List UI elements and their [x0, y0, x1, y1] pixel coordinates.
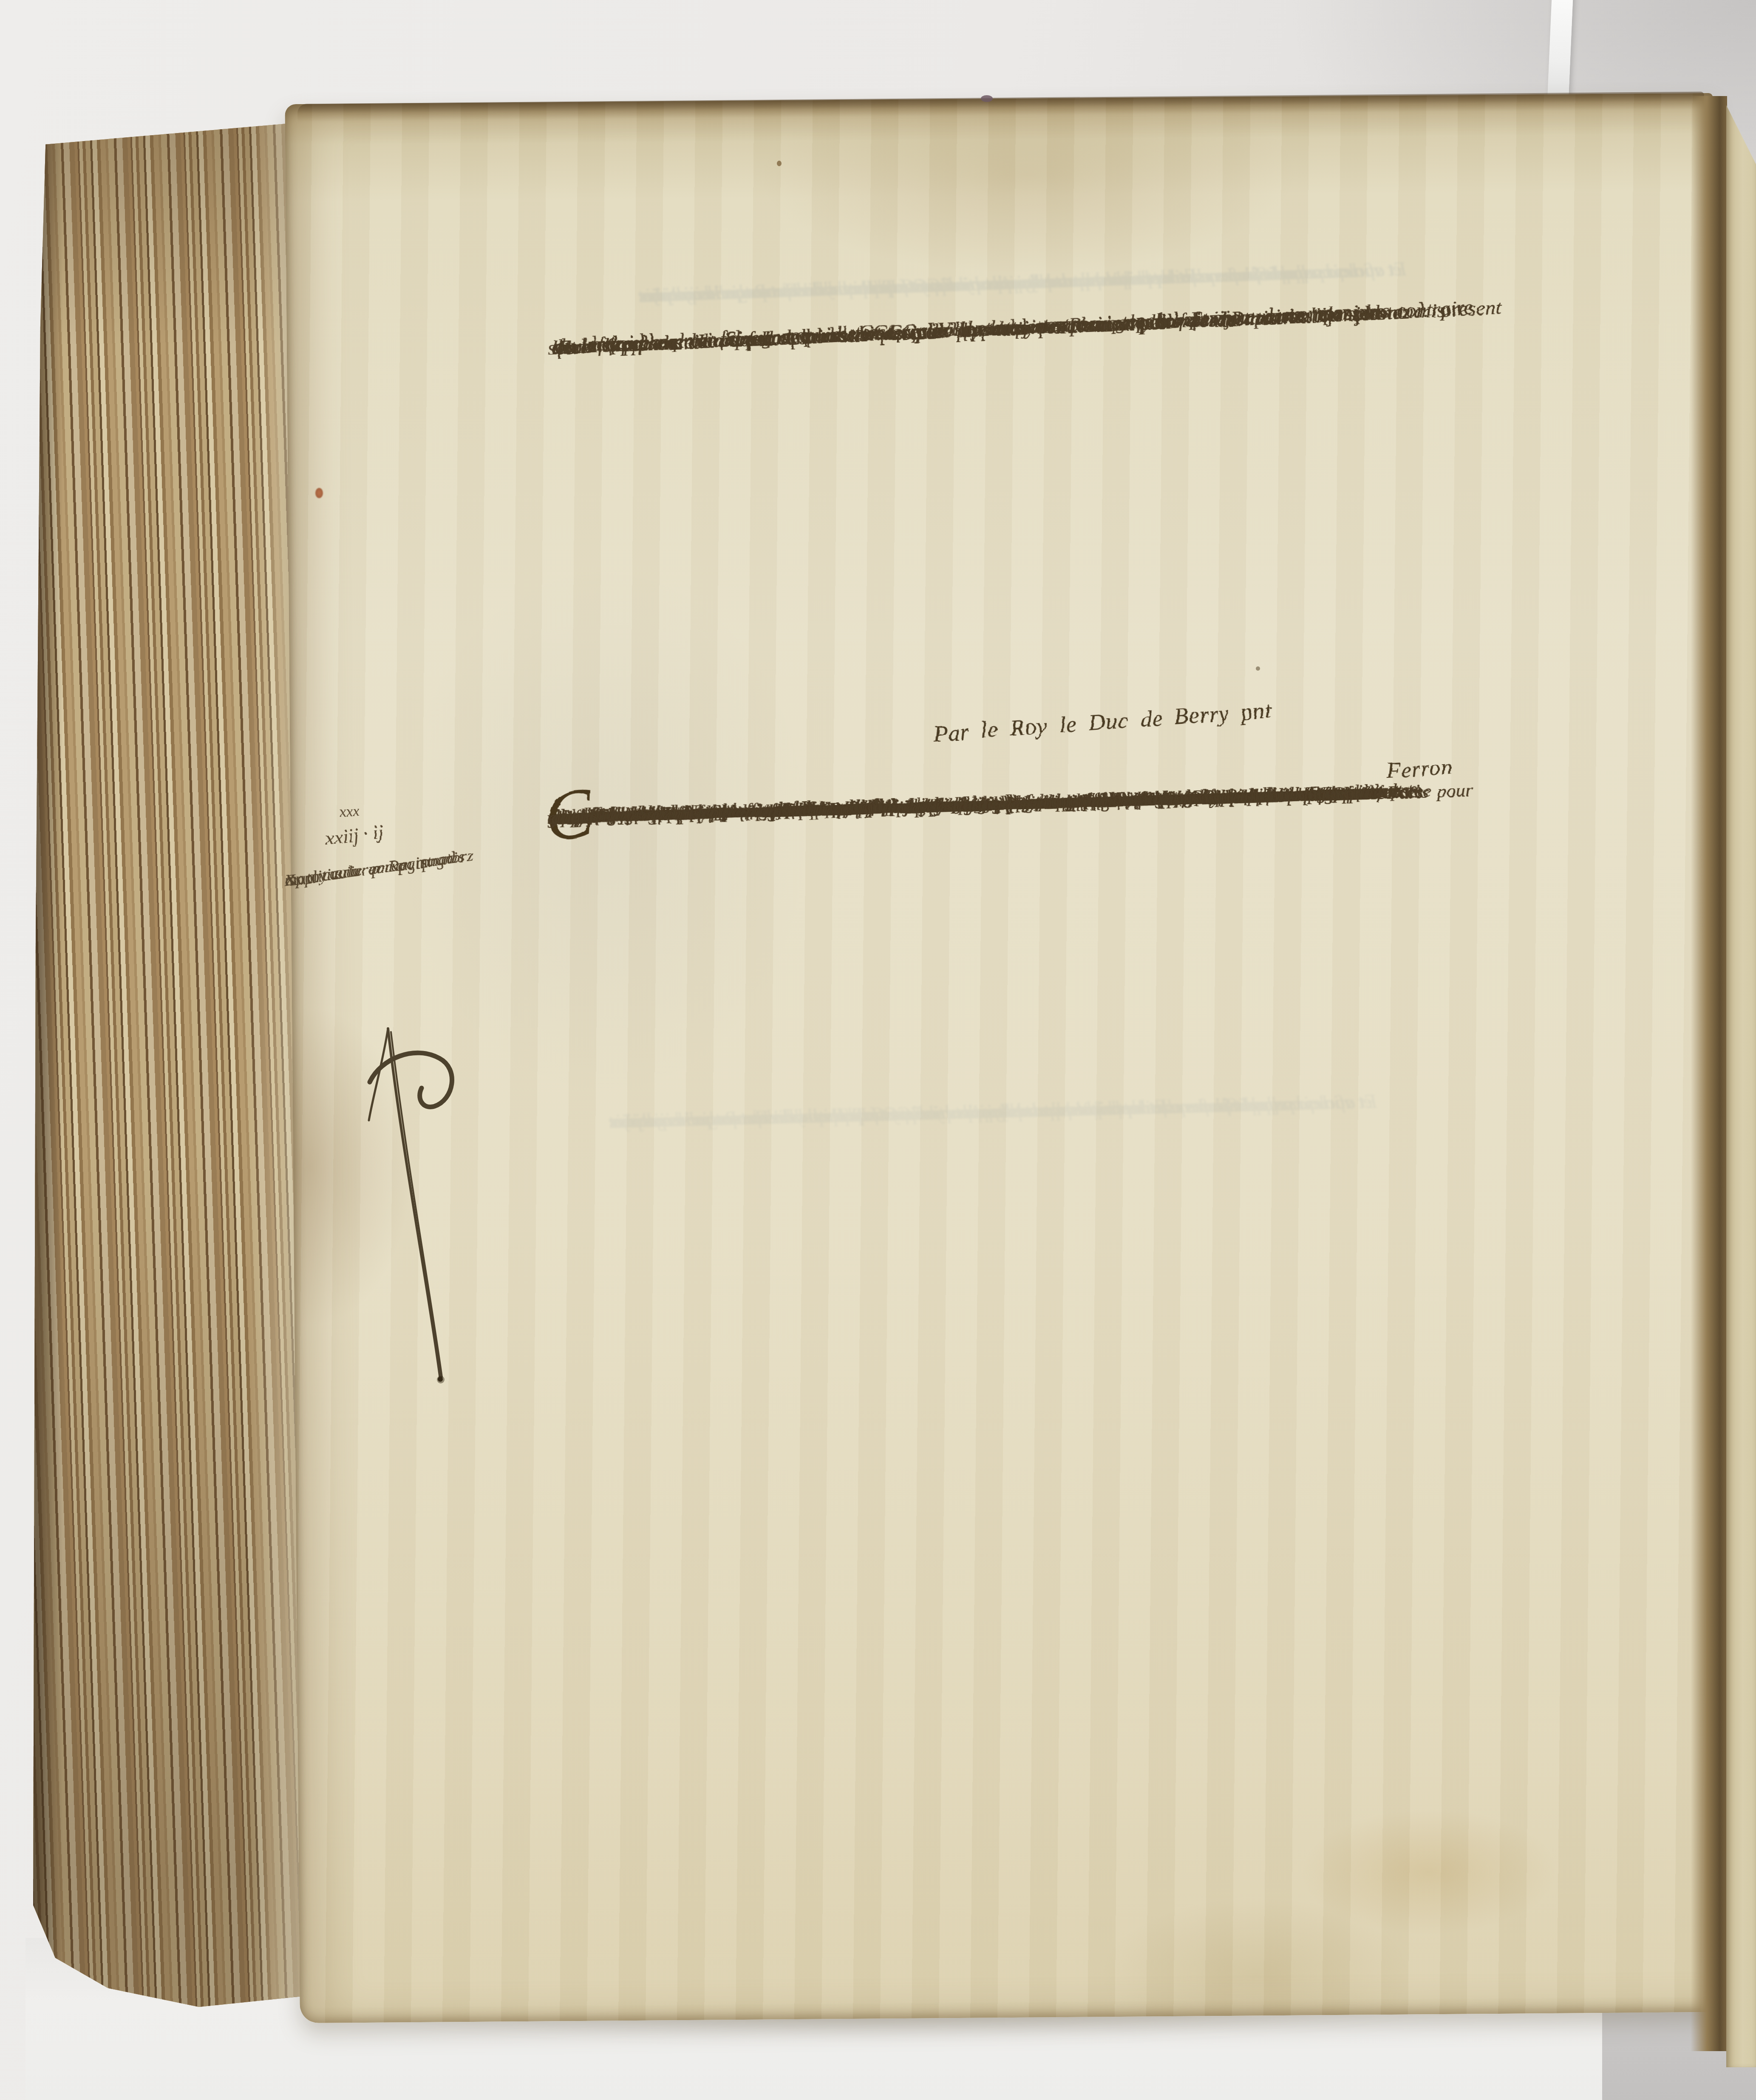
folio-mark-top: xxx — [338, 802, 359, 820]
rust-spot-left-margin — [315, 488, 323, 498]
small-ink-dot — [1256, 666, 1260, 671]
notarial-paraph-mark — [364, 1019, 491, 1393]
manuscript-photo-scene: deulx freres a lui apprins q de nosd. pr… — [0, 0, 1756, 2100]
facing-page-sliver — [1726, 95, 1756, 2067]
ink-stain-top-edge — [981, 95, 993, 102]
fore-edge-leaf-stack — [33, 120, 309, 2007]
parchment-page — [285, 93, 1728, 2023]
gutter-shadow — [1691, 96, 1727, 2051]
small-fleck-top — [777, 161, 782, 166]
page-holder-strip — [1547, 0, 1573, 106]
